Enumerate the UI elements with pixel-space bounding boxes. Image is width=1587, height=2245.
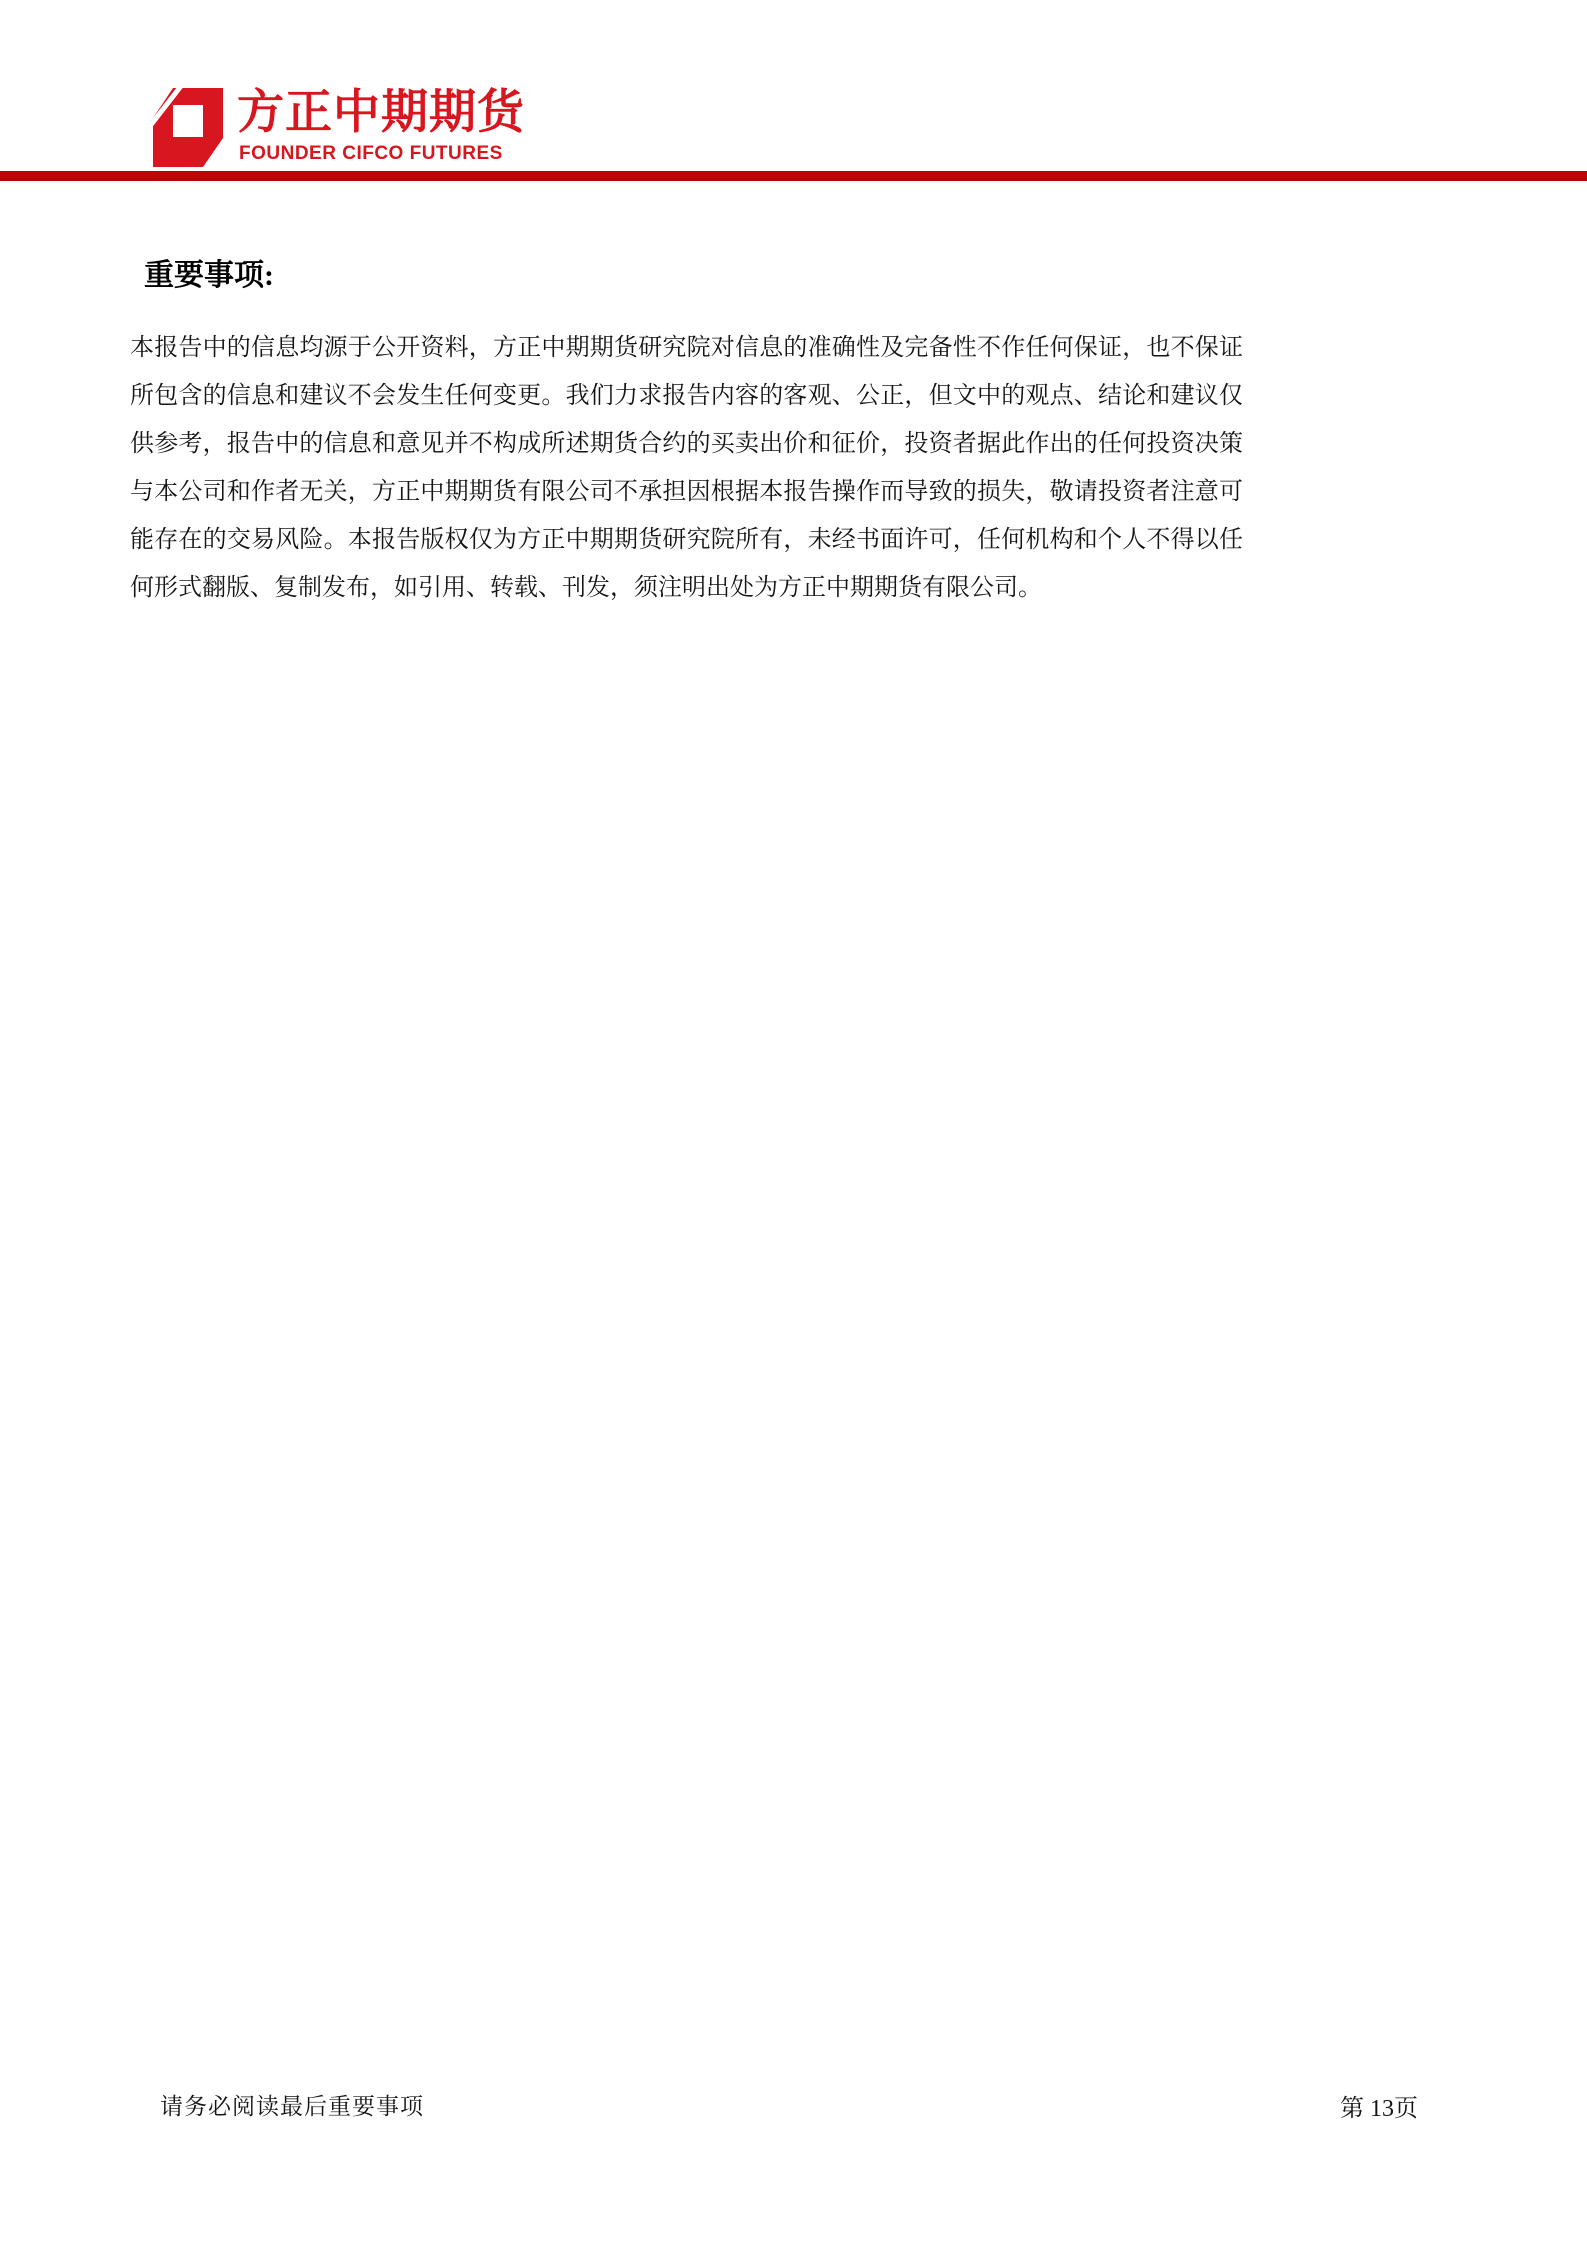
disclaimer-line: 能存在的交易风险。本报告版权仅为方正中期期货研究院所有，未经书面许可，任何机构和… [130, 516, 1243, 564]
section-heading-important-notes: 重要事项: [144, 250, 274, 294]
brand-name-chinese: 方正中期期货 [237, 86, 525, 138]
disclaimer-line: 何形式翻版、复制发布，如引用、转载、刊发，须注明出处为方正中期期货有限公司。 [130, 564, 1243, 612]
brand-name-english: FOUNDER CIFCO FUTURES [239, 143, 503, 165]
disclaimer-line: 供参考，报告中的信息和意见并不构成所述期货合约的买卖出价和征价，投资者据此作出的… [130, 420, 1243, 468]
header-divider-rule [0, 171, 1587, 181]
page-number: 第 13页 [1340, 2088, 1418, 2123]
disclaimer-line: 本报告中的信息均源于公开资料，方正中期期货研究院对信息的准确性及完备性不作任何保… [130, 324, 1243, 372]
report-page: 方正中期期货 FOUNDER CIFCO FUTURES 重要事项: 本报告中的… [0, 0, 1587, 2245]
founder-cube-logo-icon [153, 88, 223, 167]
disclaimer-line: 所包含的信息和建议不会发生任何变更。我们力求报告内容的客观、公正，但文中的观点、… [130, 372, 1243, 420]
disclaimer-paragraph: 本报告中的信息均源于公开资料，方正中期期货研究院对信息的准确性及完备性不作任何保… [130, 324, 1243, 612]
footer-reading-note: 请务必阅读最后重要事项 [160, 2088, 424, 2121]
disclaimer-line: 与本公司和作者无关，方正中期期货有限公司不承担因根据本报告操作而导致的损失，敬请… [130, 468, 1243, 516]
